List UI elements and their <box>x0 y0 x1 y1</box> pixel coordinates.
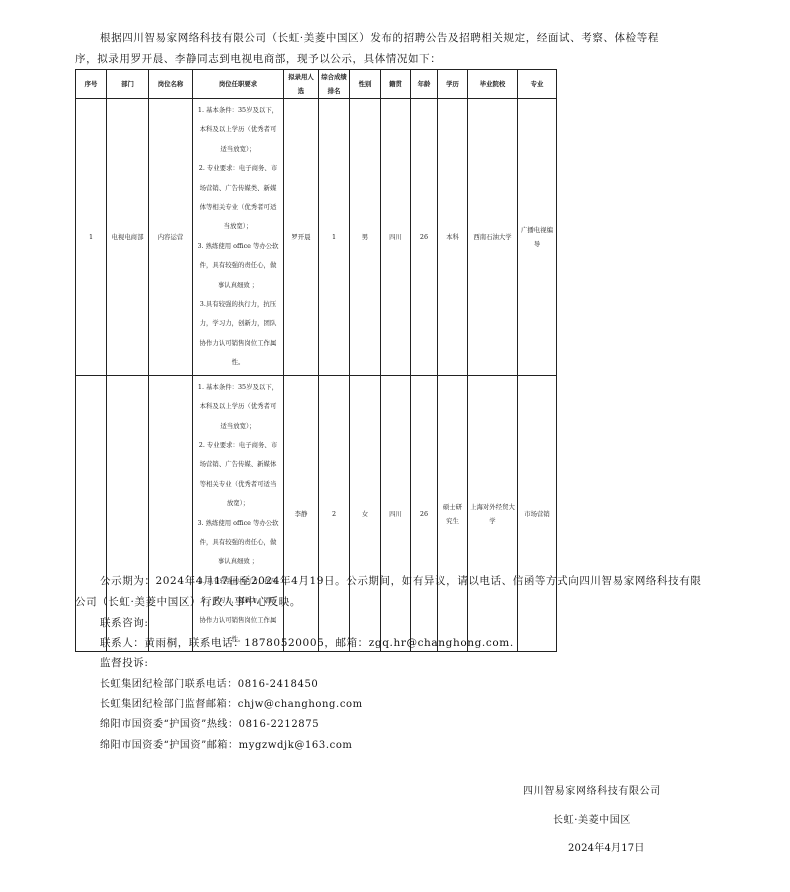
cell-age: 26 <box>411 99 438 376</box>
requirement-item: 3.具有较强的执行力，抗压力，学习力，创新力，团队协作力认可销售岗位工作属性。 <box>197 295 279 373</box>
supervise-email-changhong: 长虹集团纪检部门监督邮箱：chjw@changhong.com <box>100 695 363 710</box>
cell-department <box>107 375 149 652</box>
header-requirements: 岗位任职要求 <box>193 70 284 99</box>
requirement-item: 1. 基本条件：35岁及以下，本科及以上学历（优秀者可适当放宽）； <box>197 378 279 436</box>
header-school: 毕业院校 <box>468 70 518 99</box>
supervise-title: 监督投诉: <box>100 655 149 670</box>
header-candidate: 拟录用人选 <box>284 70 319 99</box>
header-index: 序号 <box>76 70 107 99</box>
header-gender: 性别 <box>350 70 381 99</box>
cell-origin: 四川 <box>381 375 411 652</box>
signature-division: 长虹·美菱中国区 <box>553 811 631 826</box>
header-rank: 综合成绩排名 <box>319 70 350 99</box>
cell-age: 26 <box>411 375 438 652</box>
cell-rank: 1 <box>319 99 350 376</box>
cell-education: 硕士研究生 <box>438 375 468 652</box>
recruitment-table: 序号 部门 岗位名称 岗位任职要求 拟录用人选 综合成绩排名 性别 籍贯 年龄 … <box>75 69 557 652</box>
cell-requirements: 1. 基本条件：35岁及以下，本科及以上学历（优秀者可适当放宽）； 2. 专业要… <box>193 99 284 376</box>
requirement-item: 3. 熟练使用 office 等办公软件，具有较强的责任心，做事认真细致 ； <box>197 237 279 295</box>
cell-major: 广播电视编导 <box>518 99 557 376</box>
requirement-item: 2. 专业要求：电子商务、市场营销、广告传媒、新媒体等相关专业（优秀者可适当放宽… <box>197 436 279 514</box>
cell-position: 内容运营 <box>149 99 193 376</box>
table-row: 1 电视电商部 内容运营 1. 基本条件：35岁及以下，本科及以上学历（优秀者可… <box>76 99 557 376</box>
cell-position <box>149 375 193 652</box>
requirement-item: 1. 基本条件：35岁及以下，本科及以上学历（优秀者可适当放宽）； <box>197 101 279 159</box>
notice-line-2: 公司（长虹·美菱中国区）行政人事中心反映。 <box>75 594 301 609</box>
notice-line-1: 公示期为：2024年4月17日至2024年4月19日。公示期间，如有异议，请以电… <box>100 573 701 588</box>
cell-gender: 男 <box>350 99 381 376</box>
cell-candidate: 李静 <box>284 375 319 652</box>
consult-title: 联系咨询: <box>100 615 149 630</box>
table-header-row: 序号 部门 岗位名称 岗位任职要求 拟录用人选 综合成绩排名 性别 籍贯 年龄 … <box>76 70 557 99</box>
table-row: 1. 基本条件：35岁及以下，本科及以上学历（优秀者可适当放宽）； 2. 专业要… <box>76 375 557 652</box>
cell-requirements: 1. 基本条件：35岁及以下，本科及以上学历（优秀者可适当放宽）； 2. 专业要… <box>193 375 284 652</box>
header-position: 岗位名称 <box>149 70 193 99</box>
supervise-phone-changhong: 长虹集团纪检部门联系电话：0816-2418450 <box>100 675 318 690</box>
cell-origin: 四川 <box>381 99 411 376</box>
requirement-item: 2. 专业要求：电子商务、市场营销、广告传媒类、新媒体等相关专业（优秀者可适当放… <box>197 159 279 237</box>
cell-index <box>76 375 107 652</box>
cell-department: 电视电商部 <box>107 99 149 376</box>
cell-candidate: 罗开晨 <box>284 99 319 376</box>
header-education: 学历 <box>438 70 468 99</box>
consult-contact-line: 联系人：黄雨桐，联系电话：18780520005，邮箱：zgq.hr@chang… <box>100 635 514 650</box>
cell-education: 本科 <box>438 99 468 376</box>
cell-school: 上海对外经贸大学 <box>468 375 518 652</box>
signature-company: 四川智易家网络科技有限公司 <box>523 782 661 797</box>
supervise-hotline-sasac: 绵阳市国资委“护国资”热线：0816-2212875 <box>100 715 319 730</box>
cell-rank: 2 <box>319 375 350 652</box>
header-major: 专业 <box>518 70 557 99</box>
supervise-email-sasac: 绵阳市国资委“护国资”邮箱：mygzwdjk@163.com <box>100 736 353 751</box>
requirement-item: 3. 熟练使用 office 等办公软件，具有较强的责任心，做事认真细致 ； <box>197 514 279 572</box>
signature-date: 2024年4月17日 <box>568 839 645 854</box>
intro-line-1: 根据四川智易家网络科技有限公司（长虹·美菱中国区）发布的招聘公告及招聘相关规定，… <box>100 30 659 45</box>
header-department: 部门 <box>107 70 149 99</box>
header-origin: 籍贯 <box>381 70 411 99</box>
cell-index: 1 <box>76 99 107 376</box>
cell-gender: 女 <box>350 375 381 652</box>
intro-line-2: 序，拟录用罗开晨、李静同志到电视电商部，现予以公示，具体情况如下： <box>75 51 441 66</box>
cell-school: 西南石油大学 <box>468 99 518 376</box>
cell-major: 市场营销 <box>518 375 557 652</box>
header-age: 年龄 <box>411 70 438 99</box>
